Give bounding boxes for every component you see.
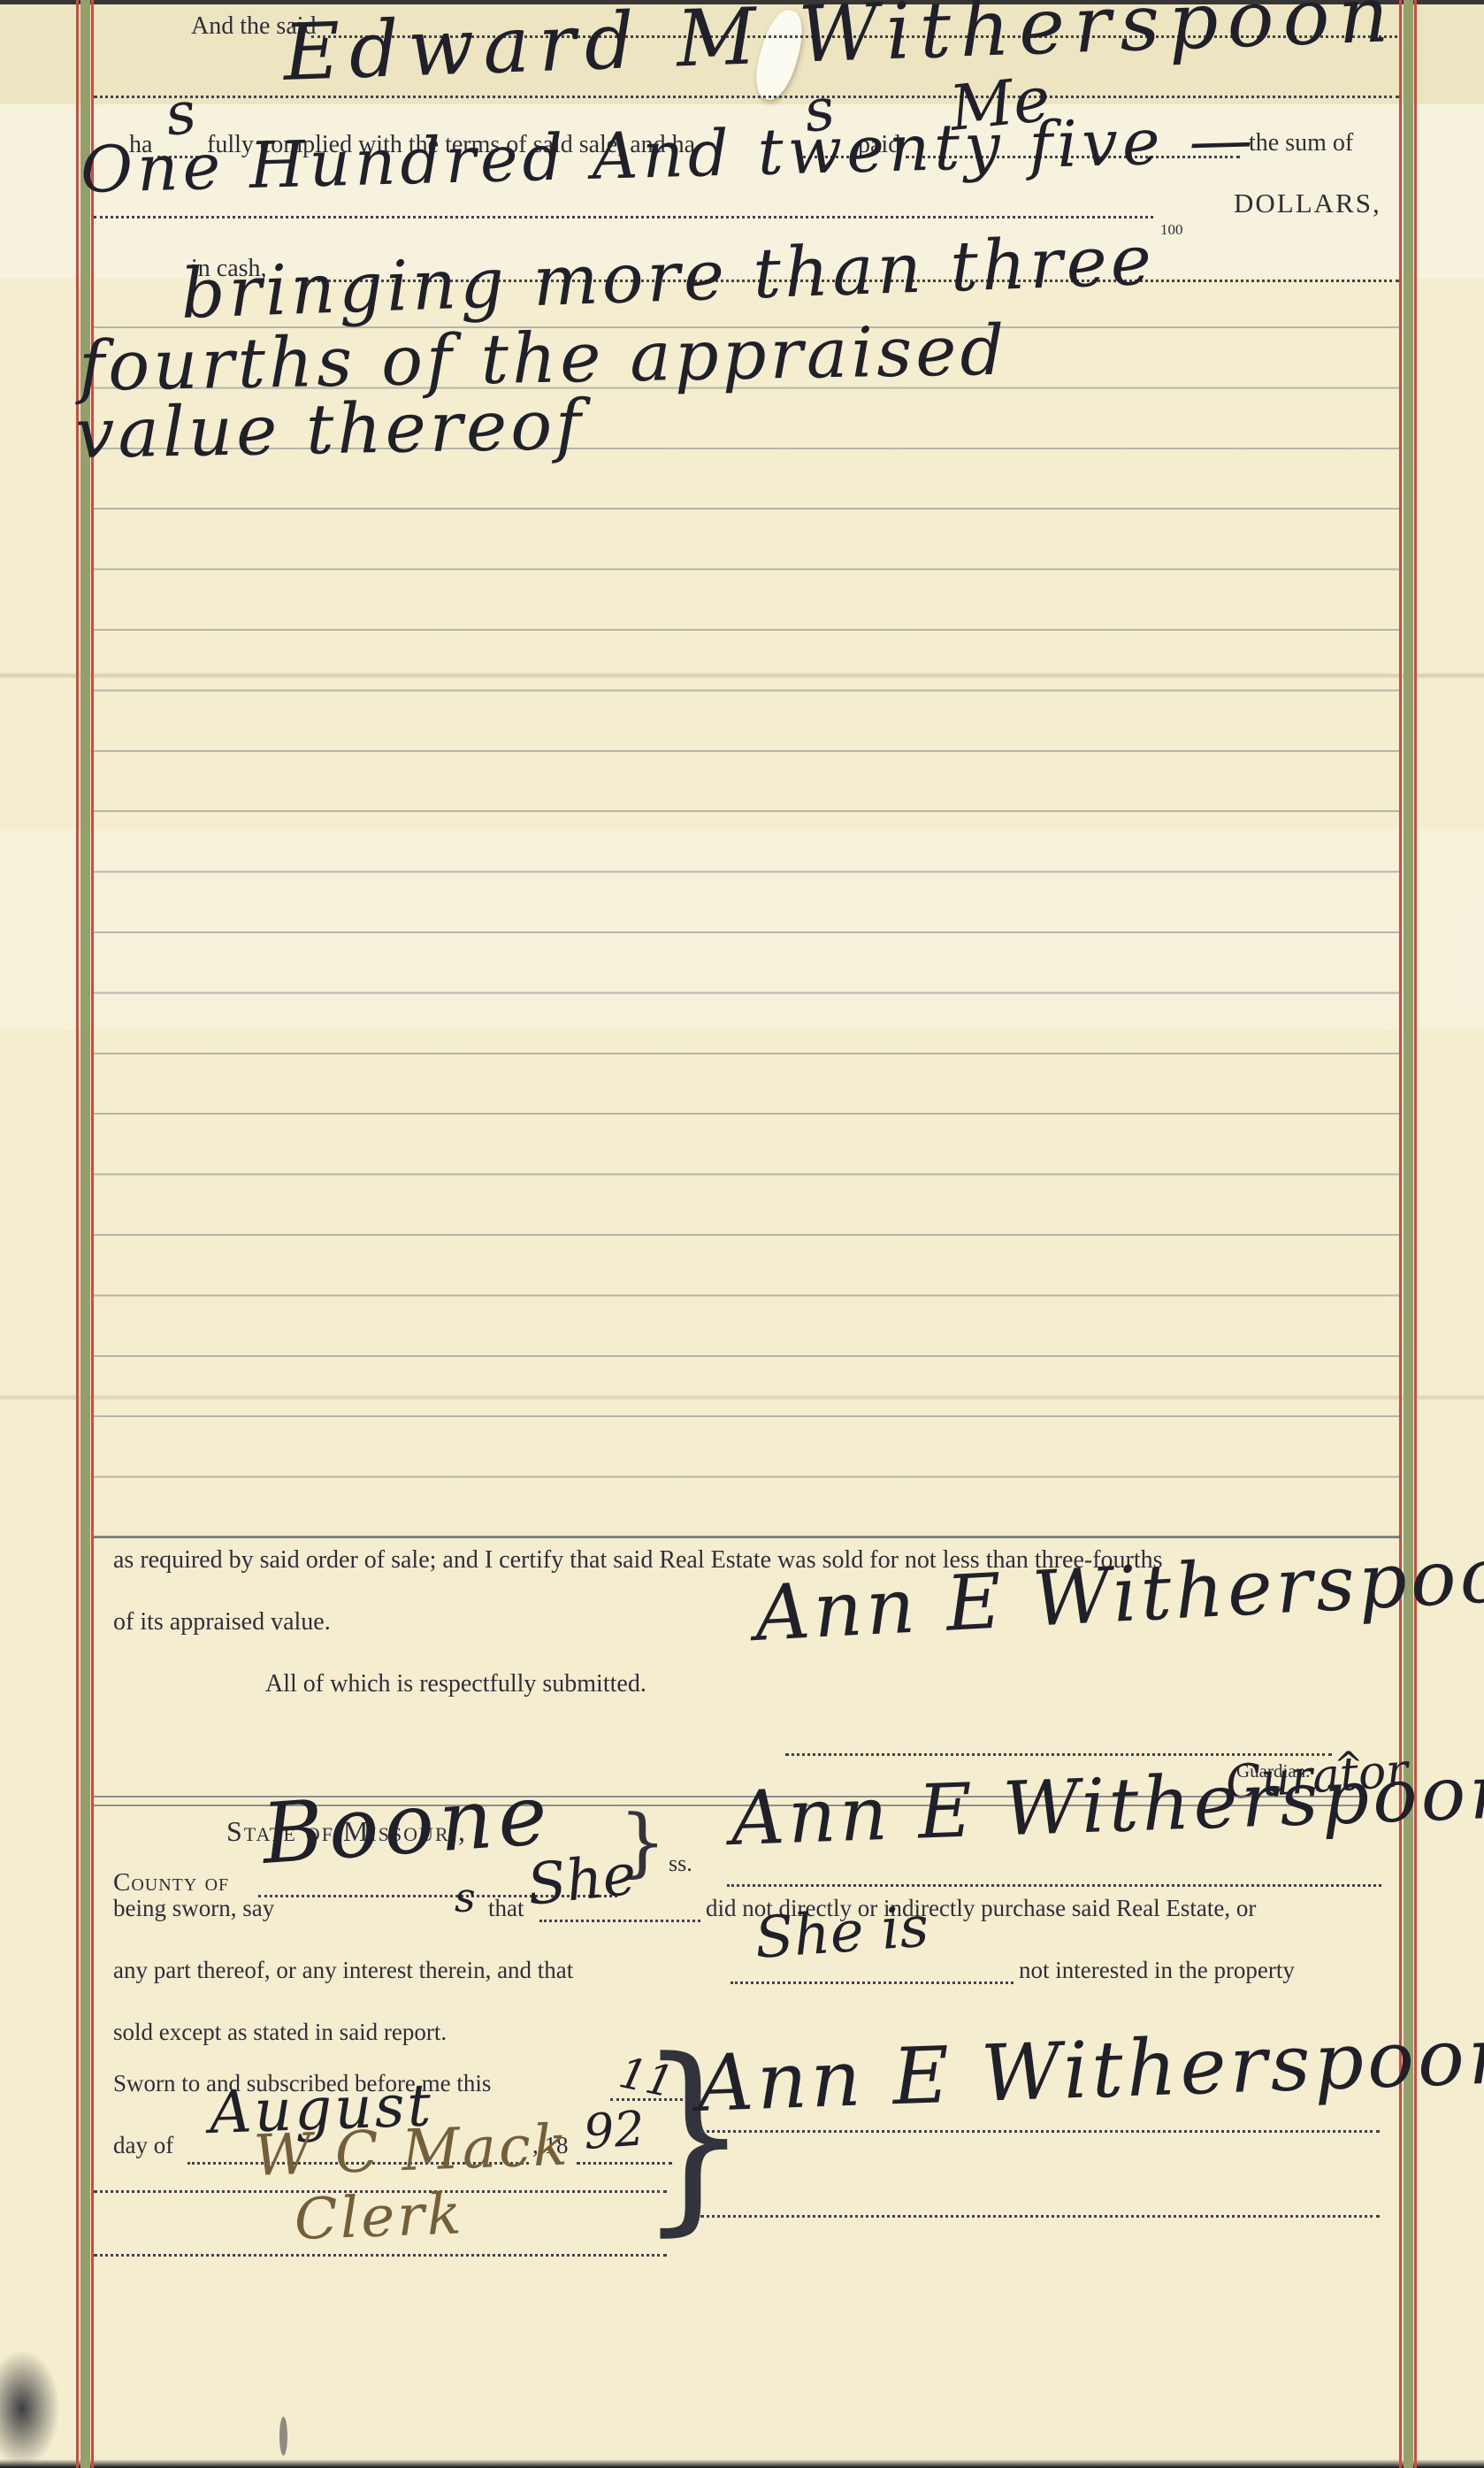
submitted-label: All of which is respectfully submitted. [265,1670,646,1698]
handwritten-she-is: She is [753,1898,931,1967]
that-label: that [488,1895,524,1922]
signature-notary: W C Mack [253,2118,571,2185]
party-signature-dotted-line [700,2130,1380,2133]
handwritten-county: Boone [259,1774,555,1877]
last-ruled-line [94,1536,1401,1538]
signature-ann-e-witherspoon: Ann E Witherspoon [696,2017,1484,2123]
handwritten-she: She [524,1847,639,1914]
cents-denominator: 100 [1160,221,1183,239]
ink-smudge [0,2349,60,2468]
second-signature-dotted-line [700,2215,1380,2218]
being-sworn-label: being sworn, say [113,1895,274,1922]
sum-of-label: the sum of [1249,129,1353,157]
dollars-label: DOLLARS, [1234,188,1381,219]
handwritten-note-line3: value thereof [75,391,585,469]
affiant-signature-dotted-line [727,1884,1381,1887]
handwritten-note-line1: bringing more than three [180,226,1156,329]
county-of-label: County of [113,1868,229,1897]
dotted-line [731,1981,1014,1984]
notary-title-dotted-line [94,2254,667,2257]
ruled-lines [94,326,1401,1544]
affidavit-line3: sold except as stated in said report. [113,2019,447,2046]
ss-label: ss. [669,1851,692,1877]
certify-line2: of its appraised value. [113,1608,331,1636]
dotted-line [539,1920,700,1922]
handwritten-say-s: s [455,1877,476,1918]
crease-mark [279,2417,287,2456]
handwritten-year: 92 [582,2104,646,2157]
signature-ann-e-witherspoon: Ann E Witherspoon [730,1754,1484,1856]
dotted-line [94,96,1399,98]
handwritten-notary-title: Clerk [294,2186,465,2249]
affidavit-line2-prefix: any part thereof, or any interest therei… [113,1957,573,1984]
dotted-line [94,216,1153,218]
handwritten-purchaser-name: Edward M Witherspoon [282,0,1398,92]
scan-edge-bottom [0,2459,1484,2468]
affidavit-line2-rest: not interested in the property [1019,1957,1295,1984]
scanned-document-page: And the said Edward M Witherspoon ha s f… [0,0,1484,2468]
day-of-label: day of [113,2132,173,2159]
handwritten-amount: One Hundred And twenty five — [80,107,1258,202]
